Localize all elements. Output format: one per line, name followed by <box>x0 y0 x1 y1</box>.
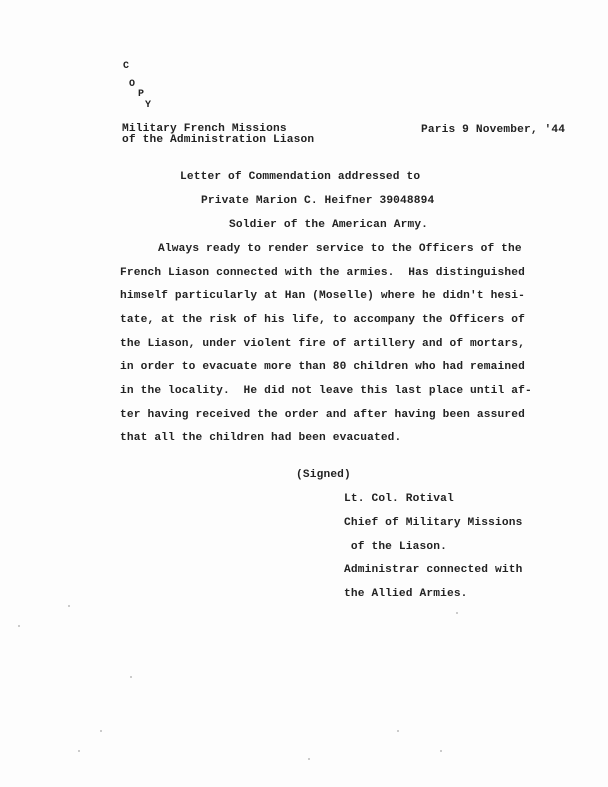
body-line: tate, at the risk of his life, to accomp… <box>120 314 525 326</box>
body-line: that all the children had been evacuated… <box>120 432 401 444</box>
title-line-2: Private Marion C. Heifner 39048894 <box>201 195 434 207</box>
document-page: C O P Y Military French Missions of the … <box>0 0 608 787</box>
body-line: French Liason connected with the armies.… <box>120 267 525 279</box>
org-line-2: of the Administration Liason <box>122 134 314 146</box>
scan-speck <box>18 625 20 627</box>
title-line-3: Soldier of the American Army. <box>229 219 428 231</box>
copy-letter-p: P <box>138 89 144 100</box>
scan-speck <box>78 750 80 752</box>
title-line-1: Letter of Commendation addressed to <box>180 171 420 183</box>
signatory-title-1: Chief of Military Missions <box>344 517 522 529</box>
body-line: ter having received the order and after … <box>120 409 525 421</box>
scan-speck <box>440 750 442 752</box>
signatory-name: Lt. Col. Rotival <box>344 493 454 505</box>
signatory-title-4: the Allied Armies. <box>344 588 468 600</box>
scan-speck <box>130 676 132 678</box>
body-line: the Liason, under violent fire of artill… <box>120 338 525 350</box>
signatory-title-3: Administrar connected with <box>344 564 522 576</box>
copy-letter-y: Y <box>145 100 151 111</box>
body-line: in order to evacuate more than 80 childr… <box>120 361 525 373</box>
copy-letter-c: C <box>123 61 129 72</box>
scan-speck <box>308 758 310 760</box>
scan-speck <box>397 730 399 732</box>
scan-speck <box>456 612 458 614</box>
body-line: Always ready to render service to the Of… <box>158 243 522 255</box>
signatory-title-2: of the Liason. <box>344 541 447 553</box>
scan-speck <box>68 605 70 607</box>
body-line: in the locality. He did not leave this l… <box>120 385 532 397</box>
copy-letter-o: O <box>129 79 135 90</box>
signed-label: (Signed) <box>296 469 351 481</box>
body-line: himself particularly at Han (Moselle) wh… <box>120 290 525 302</box>
scan-speck <box>100 730 102 732</box>
place-date: Paris 9 November, '44 <box>421 124 565 136</box>
